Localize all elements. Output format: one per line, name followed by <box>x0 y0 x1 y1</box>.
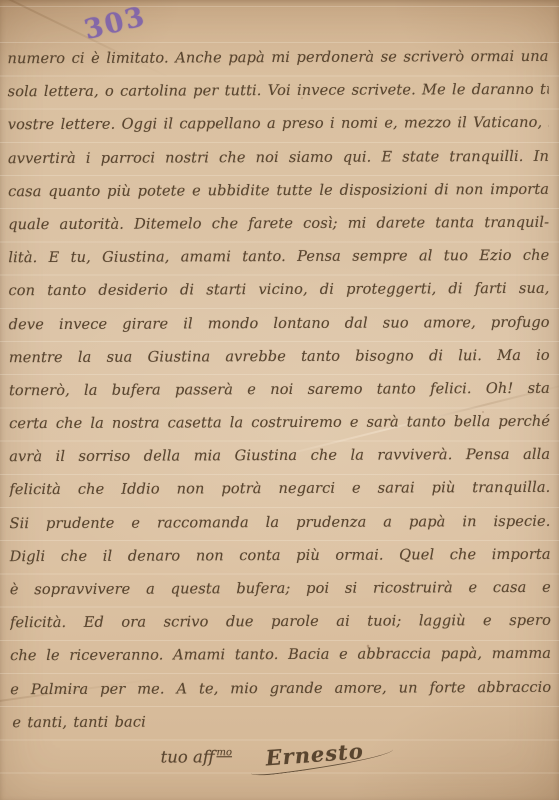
letter-line: è sopravvivere a questa bufera; poi si r… <box>10 571 551 607</box>
letter-line: vostre lettere. Oggi il cappellano a pre… <box>8 106 549 142</box>
letter-line: sola lettera, o cartolina per tutti. Voi… <box>8 73 549 109</box>
signature-superscript: mo <box>216 748 232 759</box>
letter-page: 303 numero ci è limitato. Anche papà mi … <box>0 0 559 800</box>
letter-line: tornerò, la bufera passerà e noi saremo … <box>9 372 550 408</box>
page-number-stamp: 303 <box>81 1 149 46</box>
letter-line: avrà il sorriso della mia Giustina che l… <box>9 438 550 474</box>
letter-lines: numero ci è limitato. Anche papà mi perd… <box>7 40 551 706</box>
letter-line: e Palmira per me. A te, mio grande amore… <box>10 670 551 706</box>
letter-line: avvertirà i parroci nostri che noi siamo… <box>8 139 549 175</box>
letter-line: che le riceveranno. Amami tanto. Bacia e… <box>10 637 551 673</box>
signature-closing-text: tuo aff <box>160 747 214 766</box>
letter-line: deve invece girare il mondo lontano dal … <box>9 305 550 341</box>
letter-line: Digli che il denaro non conta più ormai.… <box>10 538 551 574</box>
letter-line: mentre la sua Giustina avrebbe tanto bis… <box>9 339 550 375</box>
letter-line: quale autorità. Ditemelo che farete così… <box>8 206 549 242</box>
letter-line: Sii prudente e raccomanda la prudenza a … <box>9 504 550 540</box>
letter-line: lità. E tu, Giustina, amami tanto. Pensa… <box>8 239 549 275</box>
signature: tuo affmo Ernesto <box>10 741 551 768</box>
letter-body: numero ci è limitato. Anche papà mi perd… <box>7 40 551 768</box>
letter-line: certa che la nostra casetta la costruire… <box>9 405 550 441</box>
letter-line: numero ci è limitato. Anche papà mi perd… <box>7 40 548 76</box>
letter-line: felicità. Ed ora scrivo due parole ai tu… <box>10 604 551 640</box>
signature-name: Ernesto <box>265 738 365 770</box>
letter-last-line: e tanti, tanti baci <box>10 704 551 740</box>
letter-line: con tanto desiderio di starti vicino, di… <box>8 272 549 308</box>
letter-line: casa quanto più potete e ubbidite tutte … <box>8 173 549 209</box>
letter-line: felicità che Iddio non potrà negarci e s… <box>9 471 550 507</box>
signature-closing: tuo affmo <box>160 747 232 766</box>
